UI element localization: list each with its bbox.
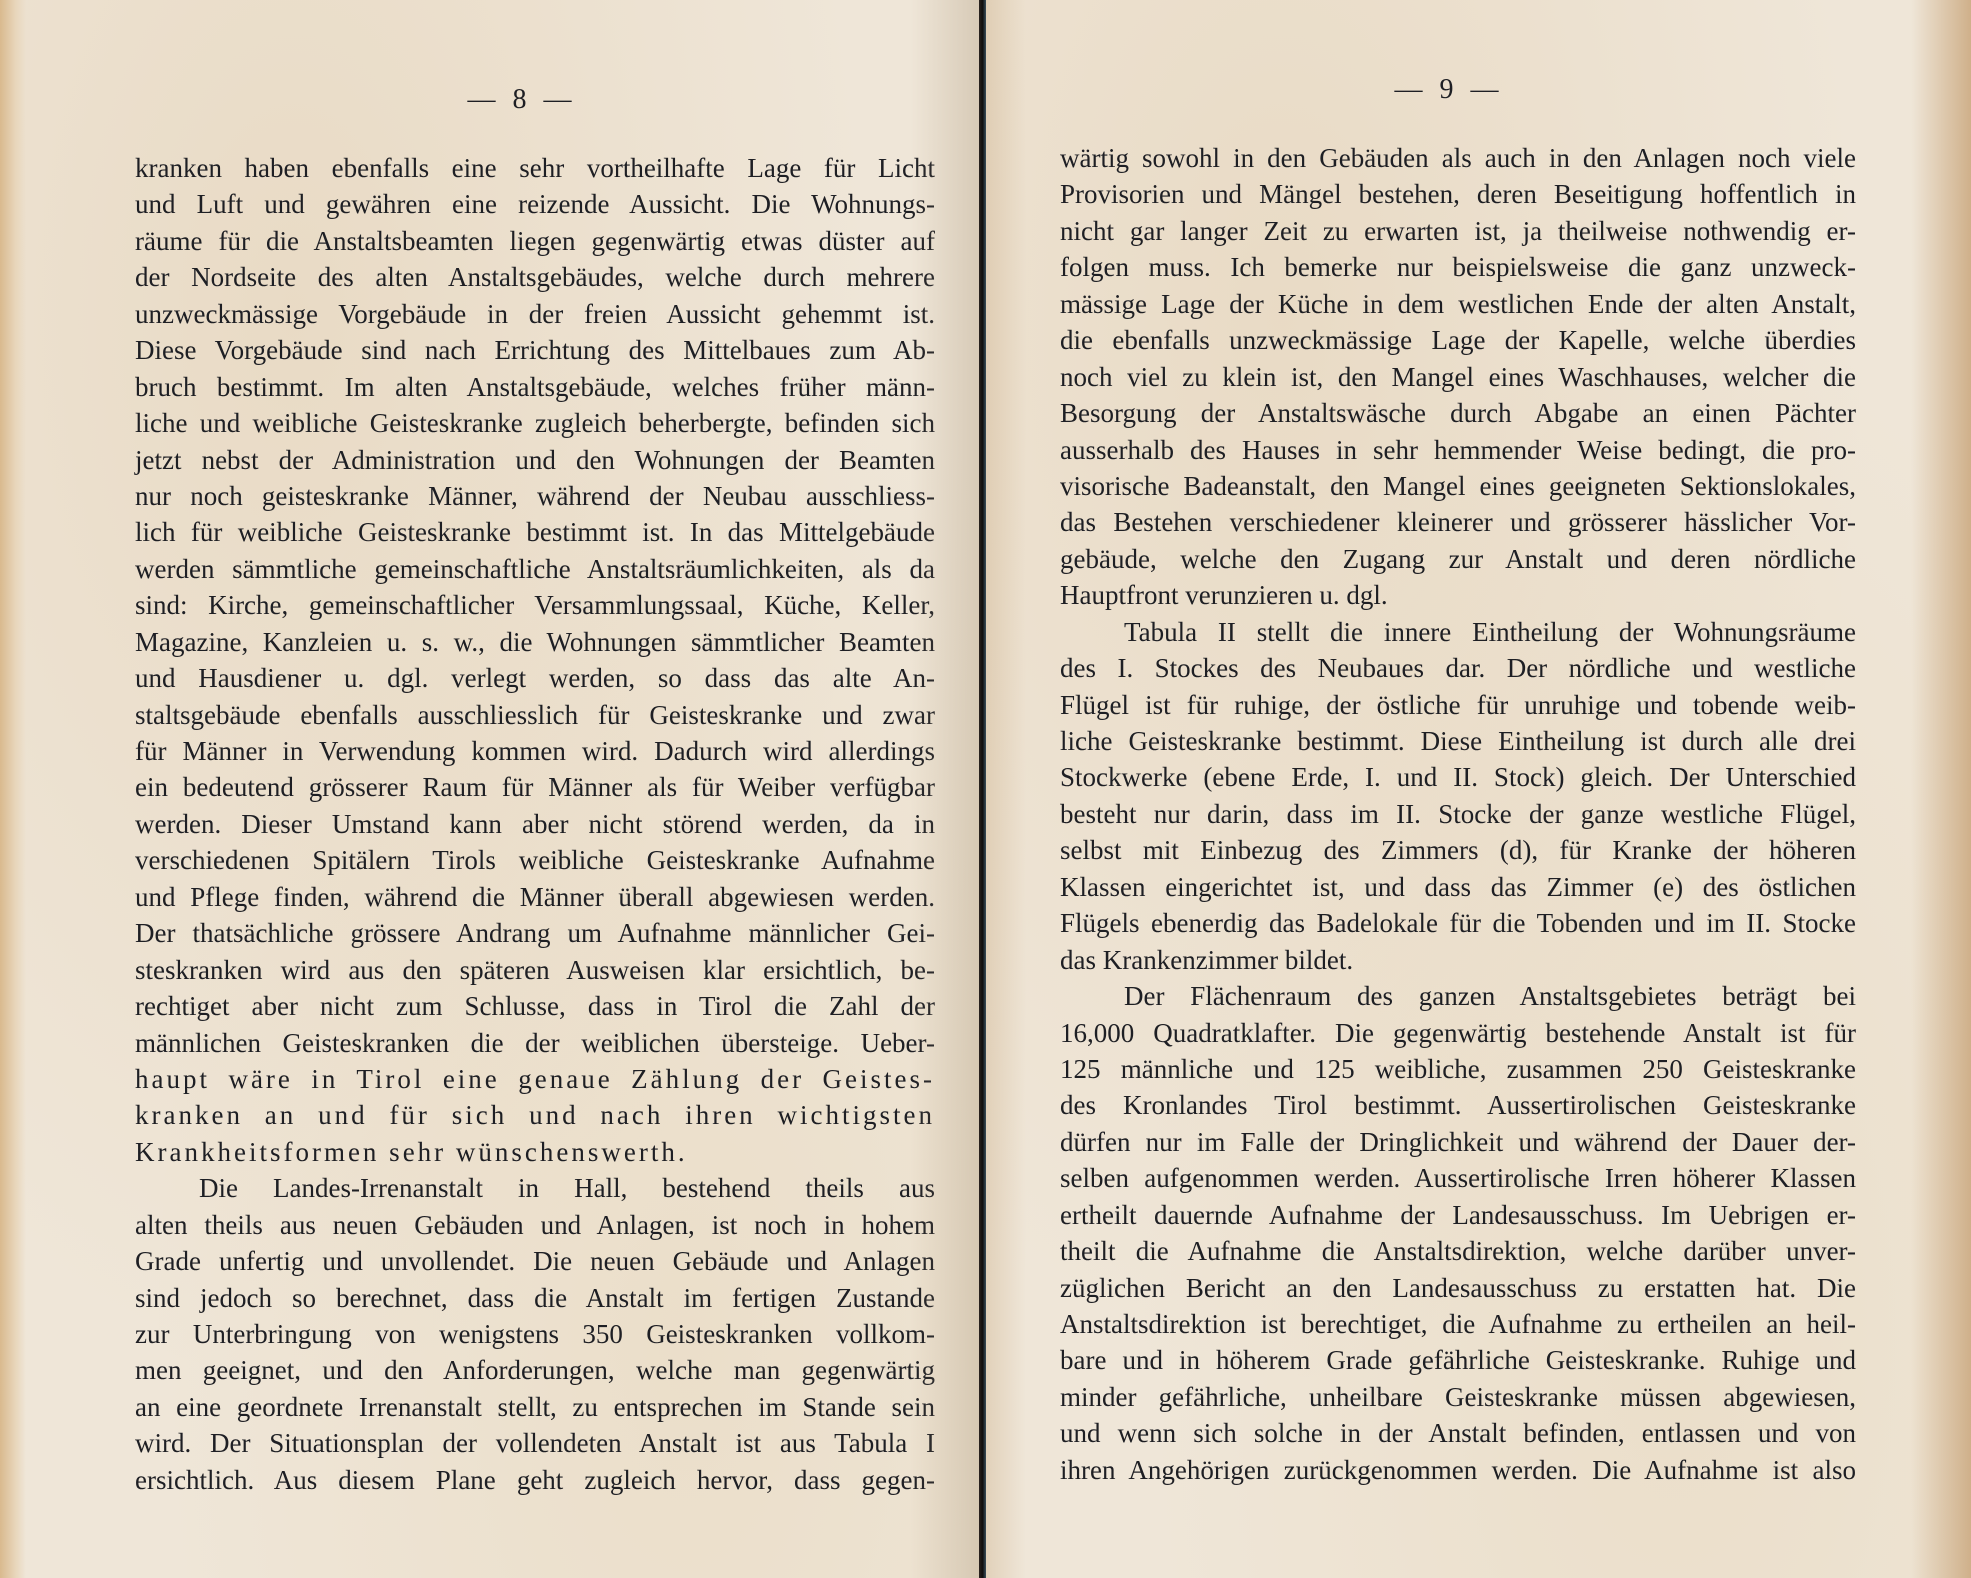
text-line: des Kronlandes Tirol bestimmt. Aussertir… [1060, 1087, 1856, 1123]
text-line: liche Geisteskranke bestimmt. Diese Eint… [1060, 723, 1856, 759]
text-line: selbst mit Einbezug des Zimmers (d), für… [1060, 832, 1856, 868]
text-line: Magazine, Kanzleien u. s. w., die Wohnun… [135, 624, 935, 660]
text-line: verschiedenen Spitälern Tirols weibliche… [135, 842, 935, 878]
text-line: der Nordseite des alten Anstaltsgebäudes… [135, 259, 935, 295]
text-line: ein bedeutend grösserer Raum für Männer … [135, 769, 935, 805]
text-line: selben aufgenommen werden. Aussertirolis… [1060, 1160, 1856, 1196]
text-line: männlichen Geisteskranken die der weibli… [135, 1025, 935, 1061]
text-line: folgen muss. Ich bemerke nur beispielswe… [1060, 249, 1856, 285]
text-line: sind: Kirche, gemeinschaftlicher Versamm… [135, 587, 935, 623]
text-line: Hauptfront verunzieren u. dgl. [1060, 577, 1856, 613]
page-number-right: — 9 — [1395, 74, 1500, 106]
text-line: minder gefährliche, unheilbare Geisteskr… [1060, 1379, 1856, 1415]
text-line: bruch bestimmt. Im alten Anstaltsgebäude… [135, 369, 935, 405]
text-line: besteht nur darin, dass im II. Stocke de… [1060, 796, 1856, 832]
text-line: an eine geordnete Irrenanstalt stellt, z… [135, 1389, 935, 1425]
text-line: die ebenfalls unzweckmässige Lage der Ka… [1060, 322, 1856, 358]
text-line: Klassen eingerichtet ist, und dass das Z… [1060, 869, 1856, 905]
text-line: räume für die Anstaltsbeamten liegen geg… [135, 223, 935, 259]
text-line: mässige Lage der Küche in dem westlichen… [1060, 286, 1856, 322]
text-line: dürfen nur im Falle der Dringlichkeit un… [1060, 1124, 1856, 1160]
text-line: Provisorien und Mängel bestehen, deren B… [1060, 176, 1856, 212]
text-line: staltsgebäude ebenfalls ausschliesslich … [135, 697, 935, 733]
text-line: ertheilt dauernde Aufnahme der Landesaus… [1060, 1197, 1856, 1233]
text-line: Flügel ist für ruhige, der östliche für … [1060, 687, 1856, 723]
text-line: alten theils aus neuen Gebäuden und Anla… [135, 1207, 935, 1243]
text-line: steskranken wird aus den späteren Auswei… [135, 952, 935, 988]
text-line: unzweckmässige Vorgebäude in der freien … [135, 296, 935, 332]
text-line: für Männer in Verwendung kommen wird. Da… [135, 733, 935, 769]
text-line: Diese Vorgebäude sind nach Errichtung de… [135, 332, 935, 368]
text-line: visorische Badeanstalt, den Mangel eines… [1060, 468, 1856, 504]
text-line: Der Flächenraum des ganzen Anstaltsgebie… [1060, 978, 1856, 1014]
text-line: Krankheitsformen sehr wünschenswerth. [135, 1134, 935, 1170]
text-line: Der thatsächliche grössere Andrang um Au… [135, 915, 935, 951]
text-line: Stockwerke (ebene Erde, I. und II. Stock… [1060, 759, 1856, 795]
text-line: Die Landes-Irrenanstalt in Hall, bestehe… [135, 1170, 935, 1206]
text-line: theilt die Aufnahme die Anstaltsdirektio… [1060, 1233, 1856, 1269]
text-line: wärtig sowohl in den Gebäuden als auch i… [1060, 140, 1856, 176]
text-line: kranken an und für sich und nach ihren w… [135, 1097, 935, 1133]
left-page: — 8 — kranken haben ebenfalls eine sehr … [0, 0, 980, 1578]
text-line: Flügels ebenerdig das Badelokale für die… [1060, 905, 1856, 941]
text-line: zur Unterbringung von wenigstens 350 Gei… [135, 1316, 935, 1352]
text-line: 125 männliche und 125 weibliche, zusamme… [1060, 1051, 1856, 1087]
book-spread: — 8 — kranken haben ebenfalls eine sehr … [0, 0, 1971, 1578]
text-line: des I. Stockes des Neubaues dar. Der nör… [1060, 650, 1856, 686]
text-line: nicht gar langer Zeit zu erwarten ist, j… [1060, 213, 1856, 249]
text-line: noch viel zu klein ist, den Mangel eines… [1060, 359, 1856, 395]
text-line: ausserhalb des Hauses in sehr hemmender … [1060, 432, 1856, 468]
text-line: das Krankenzimmer bildet. [1060, 942, 1856, 978]
text-line: kranken haben ebenfalls eine sehr vorthe… [135, 150, 935, 186]
text-line: züglichen Bericht an den Landesausschuss… [1060, 1270, 1856, 1306]
text-line: men geeignet, und den Anforderungen, wel… [135, 1352, 935, 1388]
text-line: Besorgung der Anstaltswäsche durch Abgab… [1060, 395, 1856, 431]
page-number-left: — 8 — [468, 84, 573, 116]
text-line: rechtiget aber nicht zum Schlusse, dass … [135, 988, 935, 1024]
text-line: sind jedoch so berechnet, dass die Ansta… [135, 1280, 935, 1316]
text-line: ersichtlich. Aus diesem Plane geht zugle… [135, 1462, 935, 1498]
text-line: und Hausdiener u. dgl. verlegt werden, s… [135, 660, 935, 696]
text-line: gebäude, welche den Zugang zur Anstalt u… [1060, 541, 1856, 577]
right-page-text: wärtig sowohl in den Gebäuden als auch i… [1060, 140, 1856, 1488]
text-line: wird. Der Situationsplan der vollendeten… [135, 1425, 935, 1461]
text-line: das Bestehen verschiedener kleinerer und… [1060, 504, 1856, 540]
text-line: lich für weibliche Geisteskranke bestimm… [135, 514, 935, 550]
left-page-text: kranken haben ebenfalls eine sehr vorthe… [135, 150, 935, 1498]
text-line: 16,000 Quadratklafter. Die gegenwärtig b… [1060, 1015, 1856, 1051]
text-line: nur noch geisteskranke Männer, während d… [135, 478, 935, 514]
text-line: bare und in höherem Grade gefährliche Ge… [1060, 1342, 1856, 1378]
right-page: — 9 — wärtig sowohl in den Gebäuden als … [986, 0, 1971, 1578]
text-line: Tabula II stellt die innere Eintheilung … [1060, 614, 1856, 650]
text-line: haupt wäre in Tirol eine genaue Zählung … [135, 1061, 935, 1097]
text-line: werden sämmtliche gemeinschaftliche Anst… [135, 551, 935, 587]
text-line: und wenn sich solche in der Anstalt befi… [1060, 1415, 1856, 1451]
text-line: und Pflege finden, während die Männer üb… [135, 879, 935, 915]
text-line: und Luft und gewähren eine reizende Auss… [135, 186, 935, 222]
text-line: ihren Angehörigen zurückgenommen werden.… [1060, 1452, 1856, 1488]
text-line: jetzt nebst der Administration und den W… [135, 442, 935, 478]
text-line: Anstaltsdirektion ist berechtiget, die A… [1060, 1306, 1856, 1342]
text-line: werden. Dieser Umstand kann aber nicht s… [135, 806, 935, 842]
text-line: liche und weibliche Geisteskranke zuglei… [135, 405, 935, 441]
book-gutter [979, 0, 986, 1578]
text-line: Grade unfertig und unvollendet. Die neue… [135, 1243, 935, 1279]
